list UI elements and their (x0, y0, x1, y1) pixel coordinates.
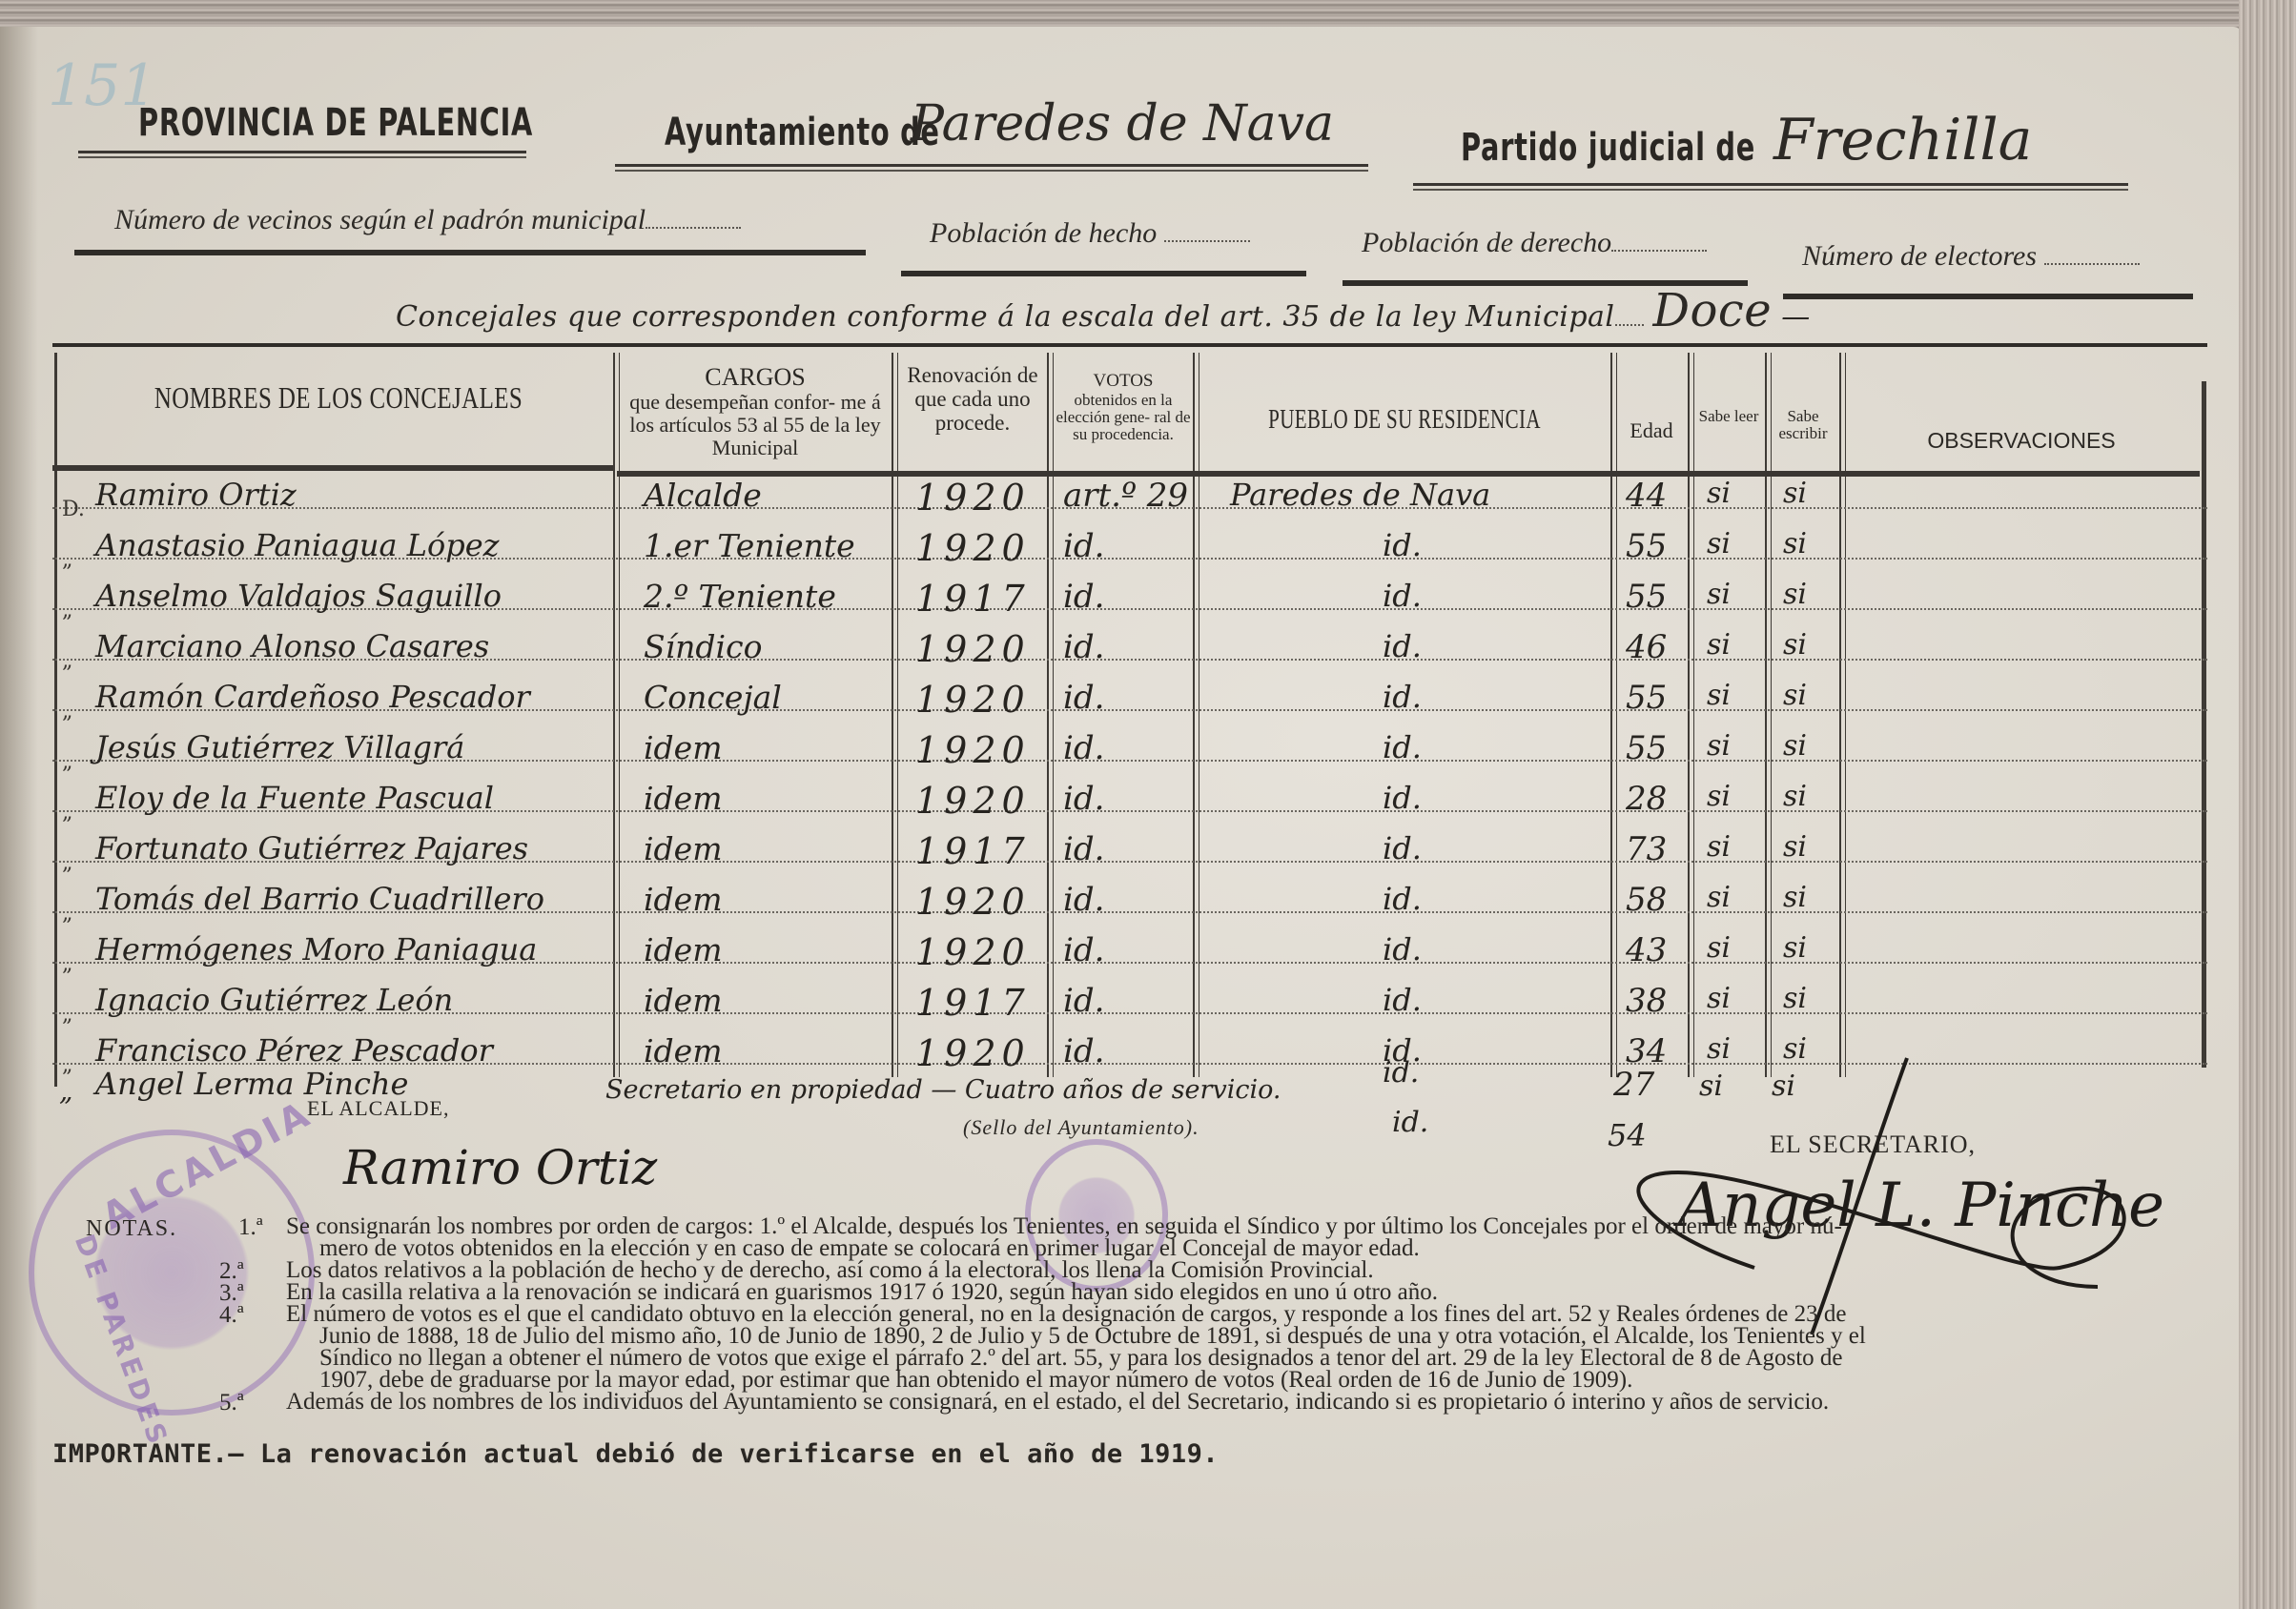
partido-label-text: Partido judicial de (1461, 126, 1755, 170)
cargo-value: 1.er Teniente (644, 527, 855, 564)
edad-value: 73 (1626, 830, 1667, 868)
col-divider-renovacion (892, 353, 893, 1077)
edad-value: 46 (1626, 628, 1667, 666)
cargo-value: idem (644, 729, 723, 766)
row-prefix: „ (62, 851, 72, 875)
header-cargos-sub: que desempeñan confor- me á los artículo… (621, 391, 890, 458)
renovacion-value: 1920 (915, 527, 1031, 569)
col-divider-escribir (1765, 353, 1767, 1077)
secretary-pueblo: id. (1383, 1056, 1419, 1090)
cargo-value: idem (644, 881, 723, 918)
poblacion-hecho-value (1164, 240, 1250, 242)
vecinos-underline (74, 250, 866, 255)
pueblo-value: id. (1383, 830, 1422, 866)
row-prefix: „ (62, 700, 72, 723)
header-nombres: NOMBRES DE LOS CONCEJALES (145, 381, 532, 415)
sabe-escribir-value: si (1783, 477, 1807, 510)
note-line: Además de los nombres de los individuos … (286, 1390, 1829, 1414)
votos-value: id. (1063, 830, 1104, 868)
row-prefix: „ (62, 599, 72, 622)
header-votos-title: VOTOS (1054, 372, 1193, 392)
col-divider-pueblo (1193, 353, 1195, 1077)
pueblo-value: id. (1383, 780, 1422, 816)
sabe-leer-value: si (1707, 931, 1731, 965)
province-underline (78, 151, 526, 158)
concejales-value: Doce (1653, 284, 1773, 337)
votos-value: id. (1063, 931, 1104, 969)
sabe-leer-value: si (1707, 527, 1731, 560)
concejal-name: Jesús Gutiérrez Villagrá (95, 729, 464, 765)
pueblo-value: id. (1383, 881, 1422, 917)
cargo-value: idem (644, 780, 723, 817)
votos-value: art.º 29 (1063, 477, 1188, 515)
col-divider-observaciones (1839, 353, 1841, 1077)
renovacion-value: 1920 (915, 679, 1031, 721)
col-divider-votos (1047, 353, 1049, 1077)
sabe-escribir-value: si (1783, 931, 1807, 965)
header-observaciones: OBSERVACIONES (1845, 429, 2198, 453)
binding-shadow (0, 27, 38, 1609)
notes-label: NOTAS. (86, 1216, 177, 1242)
concejal-name: Anastasio Paniagua López (95, 527, 499, 563)
edad-value: 55 (1626, 679, 1667, 717)
cargo-value: idem (644, 1032, 723, 1069)
cargo-value: Síndico (644, 628, 762, 665)
sello-label: (Sello del Ayuntamiento). (963, 1115, 1199, 1140)
votos-value: id. (1063, 982, 1104, 1020)
votos-value: id. (1063, 527, 1104, 565)
sabe-escribir-value: si (1783, 527, 1807, 560)
vecinos-label: Número de vecinos según el padrón munici… (114, 204, 646, 235)
electores-field: Número de electores (1802, 240, 2140, 273)
pueblo-value: id. (1383, 578, 1422, 614)
sabe-leer-value: si (1707, 729, 1731, 763)
header-cargos-title: CARGOS (621, 364, 890, 391)
row-prefix: „ (62, 548, 72, 572)
edad-value: 55 (1626, 527, 1667, 565)
concejal-name: Tomás del Barrio Cuadrillero (95, 881, 544, 917)
ayuntamiento-underline (615, 164, 1368, 172)
votos-value: id. (1063, 628, 1104, 666)
pueblo-value: id. (1383, 729, 1422, 765)
edad-value: 44 (1626, 477, 1667, 515)
sabe-leer-value: si (1707, 881, 1731, 914)
partido-underline (1413, 183, 2128, 191)
edad-value: 58 (1626, 881, 1667, 919)
ayuntamiento-label-text: Ayuntamiento de (665, 111, 940, 154)
votos-value: id. (1063, 881, 1104, 919)
col-divider-leer (1688, 353, 1690, 1077)
poblacion-derecho-field: Población de derecho (1362, 227, 1707, 259)
province-title: PROVINCIA DE PALENCIA (138, 101, 687, 145)
sabe-leer-value: si (1707, 830, 1731, 864)
table-left-border (54, 353, 57, 1087)
table-right-border (2202, 381, 2206, 1068)
header-votos-sub: obtenidos en la elección gene- ral de su… (1054, 392, 1193, 444)
pueblo-value: id. (1383, 679, 1422, 715)
concejales-table: NOMBRES DE LOS CONCEJALES CARGOS que des… (52, 343, 2207, 1087)
sabe-escribir-value: si (1783, 729, 1807, 763)
sabe-leer-value: si (1707, 982, 1731, 1015)
vecinos-value (646, 227, 741, 229)
header-cargos: CARGOS que desempeñan confor- me á los a… (621, 364, 890, 458)
concejal-name: Ramiro Ortiz (95, 477, 297, 513)
edad-value: 55 (1626, 578, 1667, 616)
col-divider-cargos (613, 353, 615, 1077)
partido-value: Frechilla (1773, 107, 2032, 173)
concejal-name: Hermógenes Moro Paniagua (95, 931, 537, 967)
edad-value: 55 (1626, 729, 1667, 767)
alcalde-label: EL ALCALDE, (307, 1096, 450, 1121)
votos-value: id. (1063, 1032, 1104, 1070)
header-renovacion: Renovación de que cada uno procede. (899, 364, 1046, 435)
important-notice: IMPORTANTE.— La renovación actual debió … (52, 1439, 1219, 1469)
poblacion-hecho-label: Población de hecho (930, 217, 1157, 249)
concejal-name: Fortunato Gutiérrez Pajares (95, 830, 528, 866)
cargo-value: Alcalde (644, 477, 762, 514)
edad-value: 38 (1626, 982, 1667, 1020)
sabe-escribir-value: si (1783, 628, 1807, 662)
pueblo-value: Paredes de Nava (1230, 477, 1490, 513)
votos-value: id. (1063, 729, 1104, 767)
cargo-value: Concejal (644, 679, 782, 716)
cargo-value: idem (644, 830, 723, 867)
col-divider-edad (1610, 353, 1612, 1077)
sabe-escribir-value: si (1783, 982, 1807, 1015)
renovacion-value: 1920 (915, 477, 1031, 519)
concejales-line: Concejales que corresponden conforme á l… (396, 284, 1811, 337)
sabe-escribir-value: si (1783, 578, 1807, 611)
poblacion-derecho-value (1611, 250, 1707, 252)
sabe-escribir-value: si (1783, 830, 1807, 864)
vecinos-field: Número de vecinos según el padrón munici… (114, 204, 741, 236)
note-number: 1.ª (238, 1214, 263, 1241)
note-number: 5.ª (219, 1390, 244, 1416)
header-votos: VOTOS obtenidos en la elección gene- ral… (1054, 372, 1193, 444)
concejales-label: Concejales que corresponden conforme á l… (396, 300, 1615, 334)
edad-value: 28 (1626, 780, 1667, 818)
poblacion-hecho-underline (901, 271, 1306, 276)
electores-underline (1783, 294, 2193, 299)
header-edad: Edad (1614, 419, 1689, 442)
edad-value: 43 (1626, 931, 1667, 969)
poblacion-hecho-field: Población de hecho (930, 217, 1250, 250)
row-prefix: „ (62, 1003, 72, 1027)
votos-value: id. (1063, 578, 1104, 616)
row-prefix: „ (62, 801, 72, 825)
renovacion-value: 1920 (915, 628, 1031, 670)
header-bottom-rule (52, 465, 613, 471)
renovacion-value: 1917 (915, 830, 1031, 872)
renovacion-value: 1917 (915, 982, 1031, 1024)
pueblo-value: id. (1383, 982, 1422, 1018)
secretary-status: Secretario en propiedad — Cuatro años de… (605, 1075, 1281, 1105)
electores-value (2044, 263, 2140, 265)
sabe-leer-value: si (1707, 628, 1731, 662)
votos-value: id. (1063, 780, 1104, 818)
cargo-value: idem (644, 931, 723, 968)
votos-value: id. (1063, 679, 1104, 717)
ayuntamiento-value: Paredes de Nava (911, 95, 1334, 153)
renovacion-value: 1920 (915, 780, 1031, 822)
row-prefix: „ (62, 750, 72, 774)
sabe-leer-value: si (1707, 578, 1731, 611)
sabe-escribir-value: si (1783, 679, 1807, 712)
book-page-edges-right (2239, 0, 2296, 1609)
concejal-name: Eloy de la Fuente Pascual (95, 780, 494, 816)
secretary-pueblo-2: id. (1392, 1106, 1428, 1139)
poblacion-derecho-label: Población de derecho (1362, 227, 1611, 258)
sabe-escribir-value: si (1783, 881, 1807, 914)
concejal-name: Ramón Cardeñoso Pescador (95, 679, 530, 715)
alcalde-signature: Ramiro Ortiz (343, 1140, 657, 1195)
table-top-border (52, 343, 2207, 349)
renovacion-value: 1920 (915, 931, 1031, 973)
sabe-leer-value: si (1707, 780, 1731, 813)
cargo-value: 2.º Teniente (644, 578, 836, 615)
renovacion-value: 1917 (915, 578, 1031, 620)
header-sabe-escribir: Sabe escribir (1769, 408, 1837, 443)
cargo-value: idem (644, 982, 723, 1019)
renovacion-value: 1920 (915, 1032, 1031, 1074)
row-prefix: „ (62, 952, 72, 976)
renovacion-value: 1920 (915, 729, 1031, 771)
sabe-escribir-value: si (1783, 780, 1807, 813)
concejal-name: Anselmo Valdajos Saguillo (95, 578, 502, 614)
row-prefix: „ (62, 1053, 72, 1077)
row-prefix: „ (62, 902, 72, 926)
header-sabe-leer: Sabe leer (1694, 408, 1763, 425)
header-pueblo: PUEBLO DE SU RESIDENCIA (1252, 406, 1558, 435)
pueblo-value: id. (1383, 628, 1422, 664)
secretario-rubric-flourish (1526, 1049, 2193, 1334)
extra-row-prefix: „ (59, 1075, 73, 1107)
renovacion-value: 1920 (915, 881, 1031, 923)
sabe-leer-value: si (1707, 679, 1731, 712)
row-prefix: „ (62, 649, 72, 673)
sabe-leer-value: si (1707, 477, 1731, 510)
concejal-name: Francisco Pérez Pescador (95, 1032, 493, 1069)
concejal-name: Marciano Alonso Casares (95, 628, 489, 664)
pueblo-value: id. (1383, 931, 1422, 967)
row-prefix: D. (62, 498, 85, 521)
electores-label: Número de electores (1802, 240, 2037, 272)
province-text: PROVINCIA DE PALENCIA (138, 101, 533, 145)
note-number: 4.ª (219, 1302, 244, 1329)
concejal-name: Ignacio Gutiérrez León (95, 982, 453, 1018)
pueblo-value: id. (1383, 527, 1422, 563)
